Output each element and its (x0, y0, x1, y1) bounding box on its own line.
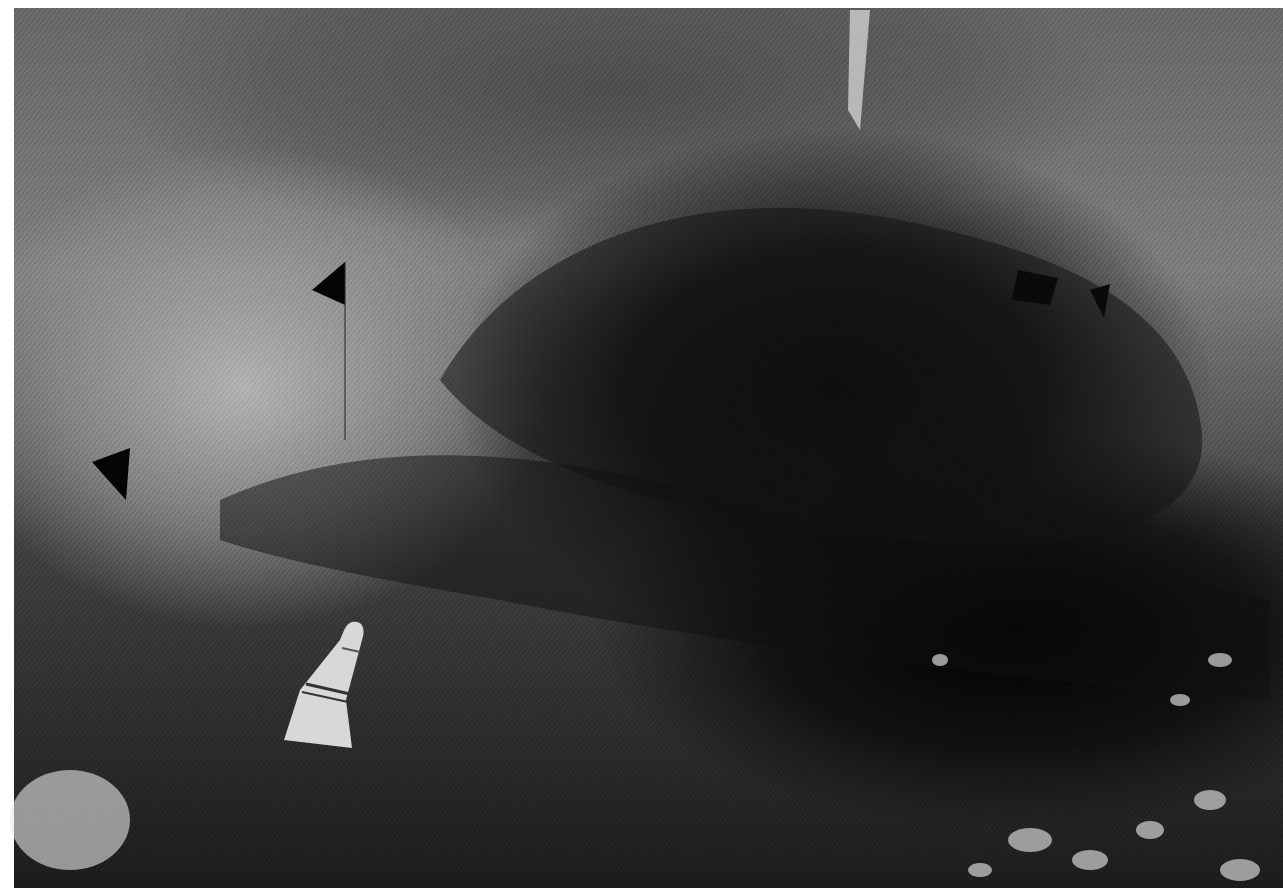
light-debris (10, 770, 130, 870)
marker-flag-2 (92, 448, 130, 500)
marker-flag-1 (312, 262, 345, 440)
photo-features (0, 0, 1283, 895)
whisk-broom (284, 622, 364, 748)
stake (848, 10, 870, 130)
